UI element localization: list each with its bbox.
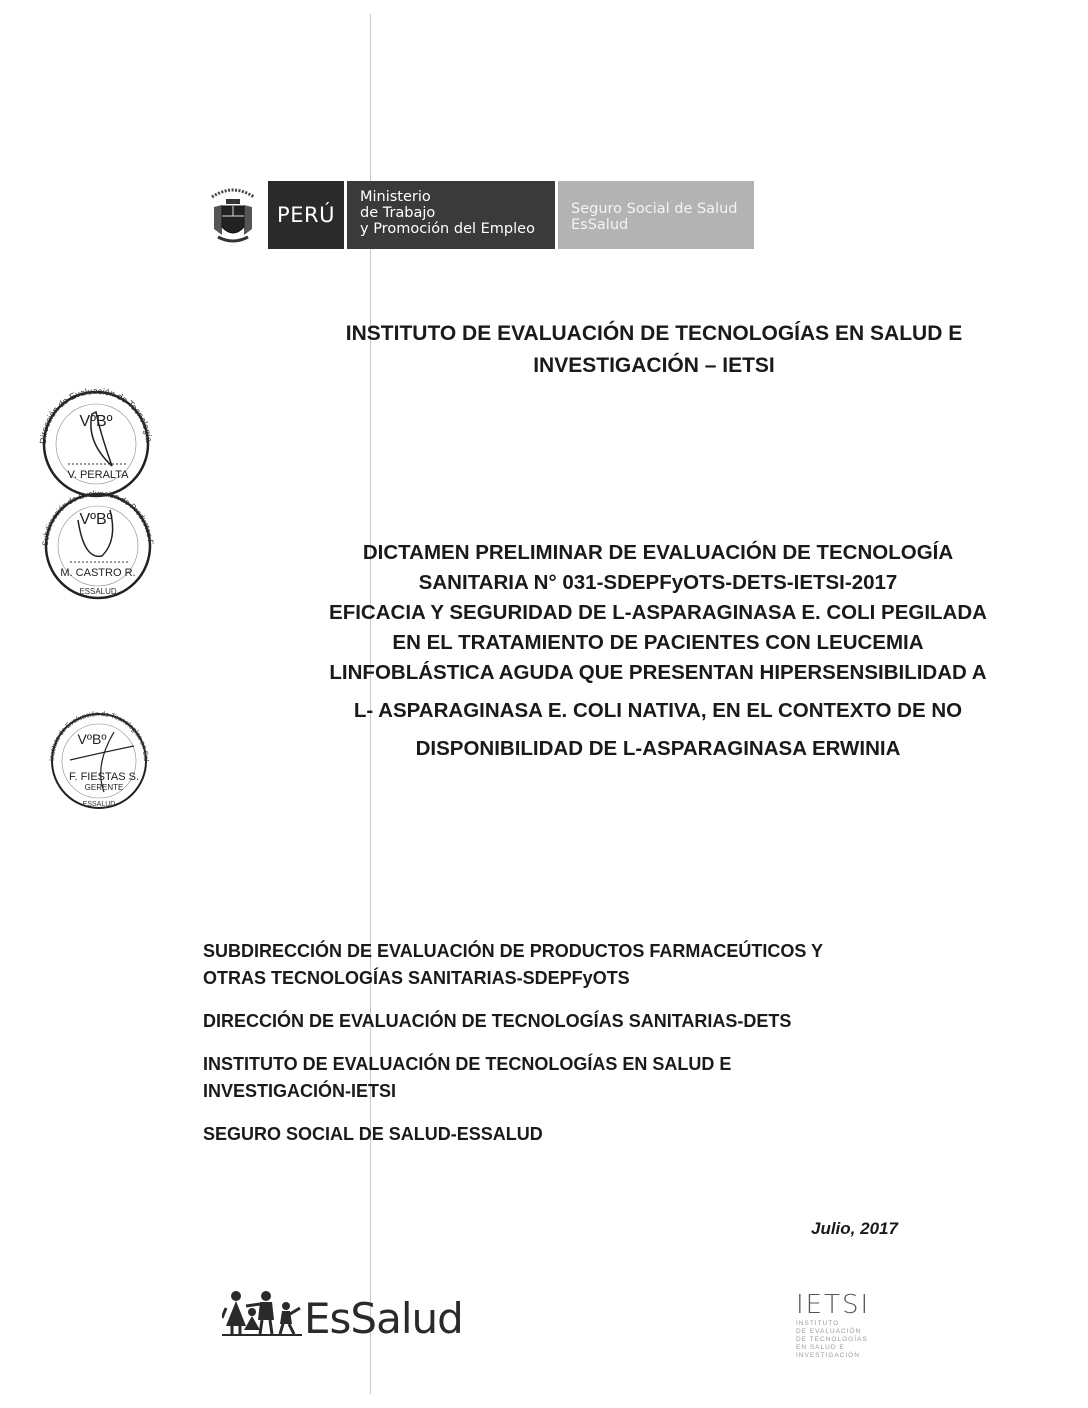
institute-title-line: INVESTIGACIÓN – IETSI (110, 350, 1088, 382)
institute-title: INSTITUTO DE EVALUACIÓN DE TECNOLOGÍAS E… (110, 318, 1088, 382)
svg-text:GERENTE: GERENTE (85, 783, 124, 792)
organization-essalud: SEGURO SOCIAL DE SALUD-ESSALUD (203, 1121, 823, 1148)
coat-of-arms-icon (204, 181, 262, 249)
dictamen-title-line: EN EL TRATAMIENTO DE PACIENTES CON LEUCE… (114, 628, 1088, 658)
dictamen-title-line: EFICACIA Y SEGURIDAD DE L-ASPARAGINASA E… (114, 598, 1088, 628)
svg-text:F. FIESTAS S.: F. FIESTAS S. (69, 771, 139, 783)
family-icon (222, 1290, 302, 1341)
essalud-wordmark: EsSalud (304, 1297, 463, 1341)
organization-list: SUBDIRECCIÓN DE EVALUACIÓN DE PRODUCTOS … (203, 938, 823, 1164)
svg-text:V. PERALTA: V. PERALTA (68, 469, 130, 481)
government-banner: PERÚ Ministerio de Trabajo y Promoción d… (204, 181, 754, 249)
svg-text:ESSALUD: ESSALUD (79, 587, 117, 596)
svg-text:ESSALUD: ESSALUD (83, 801, 116, 808)
ministry-line: Ministerio (360, 189, 555, 205)
ietsi-subtitle: INSTITUTO DE EVALUACIÓN DE TECNOLOGÍAS E… (796, 1320, 870, 1360)
institute-title-line: INSTITUTO DE EVALUACIÓN DE TECNOLOGÍAS E… (110, 318, 1088, 350)
svg-text:VºBº: VºBº (78, 731, 107, 747)
dictamen-title-line: DICTAMEN PRELIMINAR DE EVALUACIÓN DE TEC… (114, 538, 1088, 568)
ministry-label: Ministerio de Trabajo y Promoción del Em… (347, 181, 555, 249)
dictamen-title-line: LINFOBLÁSTICA AGUDA QUE PRESENTAN HIPERS… (114, 658, 1088, 688)
dictamen-title: DICTAMEN PRELIMINAR DE EVALUACIÓN DE TEC… (114, 538, 1088, 764)
dictamen-title-line: L- ASPARAGINASA E. COLI NATIVA, EN EL CO… (114, 696, 1088, 726)
organization-dets: DIRECCIÓN DE EVALUACIÓN DE TECNOLOGÍAS S… (203, 1008, 823, 1035)
dictamen-title-line: SANITARIA N° 031-SDEPFyOTS-DETS-IETSI-20… (114, 568, 1088, 598)
organization-ietsi: INSTITUTO DE EVALUACIÓN DE TECNOLOGÍAS E… (203, 1051, 823, 1105)
ietsi-logo: IETSI INSTITUTO DE EVALUACIÓN DE TECNOLO… (796, 1292, 870, 1360)
agency-label: Seguro Social de Salud EsSalud (558, 181, 754, 249)
essalud-logo: EsSalud (222, 1290, 463, 1341)
dictamen-title-line: DISPONIBILIDAD DE L-ASPARAGINASA ERWINIA (114, 734, 1088, 764)
peru-label: PERÚ (268, 181, 344, 249)
publication-date: Julio, 2017 (811, 1219, 898, 1239)
approval-stamp-peralta: Dirección de Evaluación de Tecnologías S… (30, 382, 162, 503)
organization-sdepfyots: SUBDIRECCIÓN DE EVALUACIÓN DE PRODUCTOS … (203, 938, 823, 992)
agency-line: Seguro Social de Salud (571, 201, 754, 217)
ministry-line: de Trabajo (360, 205, 555, 221)
ietsi-wordmark: IETSI (796, 1292, 870, 1318)
agency-line: EsSalud (571, 217, 754, 233)
svg-text:VºBº: VºBº (79, 511, 112, 528)
ministry-line: y Promoción del Empleo (360, 221, 555, 237)
